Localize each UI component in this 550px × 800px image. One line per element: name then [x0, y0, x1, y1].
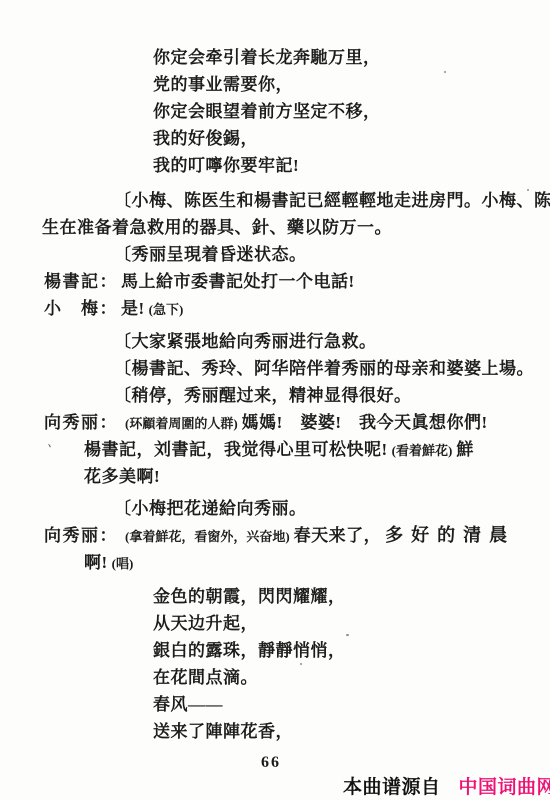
- script-line: 〔稍停，秀丽醒过来，精神显得很好。: [0, 382, 550, 409]
- script-line: 〔大家紧張地給向秀丽进行急救。: [0, 328, 550, 355]
- script-line: 向秀丽：(环顧着周圍的人群)媽媽! 婆婆! 我今天眞想你們!: [0, 409, 550, 436]
- watermark-prefix: 本曲谱源自: [343, 772, 441, 799]
- script-text: 〔小梅、陈医生和楊書記已經輕輕地走进房門。小梅、陈医: [114, 191, 550, 210]
- speaker-name: 向秀丽：: [44, 526, 118, 545]
- script-text: 金色的朝霞，閃閃耀耀，: [153, 587, 346, 606]
- scan-speck: [300, 663, 302, 665]
- script-lines: 你定会牵引着长龙奔馳万里，党的事业需要你，你定会眼望着前方坚定不移，我的好俊錫，…: [0, 0, 550, 745]
- script-line: 〔秀丽呈現着昏迷状态。: [0, 241, 550, 268]
- script-text: 銀白的露珠，靜靜悄悄，: [153, 641, 346, 660]
- script-text: 你定会眼望着前方坚定不移，: [153, 102, 381, 121]
- stage-note: (急下): [149, 302, 184, 317]
- watermark: 本曲谱源自 中国词曲网: [343, 772, 550, 799]
- script-text: 〔楊書記、秀玲、阿华陪伴着秀丽的母亲和婆婆上場。: [114, 359, 534, 378]
- script-line: 我的好俊錫，: [0, 125, 550, 152]
- script-text: 是!: [121, 299, 145, 318]
- script-line: 金色的朝霞，閃閃耀耀，: [0, 583, 550, 610]
- script-text: 我的好俊錫，: [153, 129, 258, 148]
- script-text: 春风——: [153, 695, 223, 714]
- script-line: 春风——: [0, 691, 550, 718]
- script-text: 媽媽! 婆婆! 我今天眞想你們!: [242, 413, 488, 432]
- scanned-script-page: 你定会牵引着长龙奔馳万里，党的事业需要你，你定会眼望着前方坚定不移，我的好俊錫，…: [0, 0, 550, 800]
- script-line: 銀白的露珠，靜靜悄悄，: [0, 637, 550, 664]
- script-text: 春天来了，: [294, 526, 382, 545]
- emphasized-text: 多好的清晨: [385, 525, 515, 545]
- script-text: 党的事业需要你，: [153, 75, 293, 94]
- script-text: 〔大家紧張地給向秀丽进行急救。: [114, 332, 377, 351]
- script-line: 生在准备着急救用的器具、針、藥以防万一。: [0, 214, 550, 241]
- script-line: 我的叮嚀你要牢記!: [0, 152, 550, 179]
- script-text: 鮮: [456, 440, 474, 459]
- script-text: 你定会牵引着长龙奔馳万里，: [153, 48, 381, 67]
- script-line: 〔小梅、陈医生和楊書記已經輕輕地走进房門。小梅、陈医: [0, 187, 550, 214]
- script-line: 〔小梅把花递給向秀丽。: [0, 495, 550, 522]
- script-text: 送来了陣陣花香，: [153, 722, 293, 741]
- speaker-name: 小 梅：: [44, 299, 118, 318]
- script-line: 你定会牵引着长龙奔馳万里，: [0, 44, 550, 71]
- script-text: 从天边升起，: [153, 614, 258, 633]
- stage-note: (环顧着周圍的人群): [125, 416, 238, 431]
- script-line: 小 梅：是!(急下): [0, 295, 550, 322]
- script-text: 生在准备着急救用的器具、針、藥以防万一。: [42, 218, 392, 237]
- scan-speck: [444, 71, 446, 73]
- script-line: 花多美啊!: [0, 463, 550, 490]
- script-text: 啊!: [84, 553, 108, 572]
- script-text: 〔小梅把花递給向秀丽。: [114, 499, 307, 518]
- script-line: 〔楊書記、秀玲、阿华陪伴着秀丽的母亲和婆婆上場。: [0, 355, 550, 382]
- stage-note: (拿着鮮花，看窗外，兴奋地): [125, 529, 290, 544]
- script-line: 啊!(唱): [0, 549, 550, 576]
- script-line: 送来了陣陣花香，: [0, 718, 550, 745]
- script-text: 馬上給市委書記处打一个电話!: [121, 272, 355, 291]
- watermark-site-name: 中国词曲网: [459, 772, 550, 799]
- page-number: 66: [261, 754, 281, 772]
- scan-speck: [346, 634, 349, 636]
- script-line: 楊書記，刘書記，我觉得心里可松快呢!(看着鮮花)鮮: [0, 436, 550, 463]
- stage-note: (唱): [112, 556, 134, 571]
- script-line: 从天边升起，: [0, 610, 550, 637]
- script-line: 向秀丽：(拿着鮮花，看窗外，兴奋地)春天来了，多好的清晨: [0, 522, 550, 549]
- stage-note: (看着鮮花): [392, 443, 453, 458]
- scan-speck: [527, 189, 529, 191]
- speaker-name: 楊書記：: [44, 272, 118, 291]
- script-line: 党的事业需要你，: [0, 71, 550, 98]
- script-line: 你定会眼望着前方坚定不移，: [0, 98, 550, 125]
- speaker-name: 向秀丽：: [44, 413, 118, 432]
- script-text: 楊書記，刘書記，我觉得心里可松快呢!: [84, 440, 388, 459]
- script-text: 我的叮嚀你要牢記!: [153, 156, 299, 175]
- script-line: 在花間点滴。: [0, 664, 550, 691]
- script-text: 在花間点滴。: [153, 668, 258, 687]
- script-text: 〔秀丽呈現着昏迷状态。: [114, 245, 307, 264]
- script-text: 〔稍停，秀丽醒过来，精神显得很好。: [114, 386, 412, 405]
- script-text: 花多美啊!: [84, 467, 160, 486]
- script-line: 楊書記：馬上給市委書記处打一个电話!: [0, 268, 550, 295]
